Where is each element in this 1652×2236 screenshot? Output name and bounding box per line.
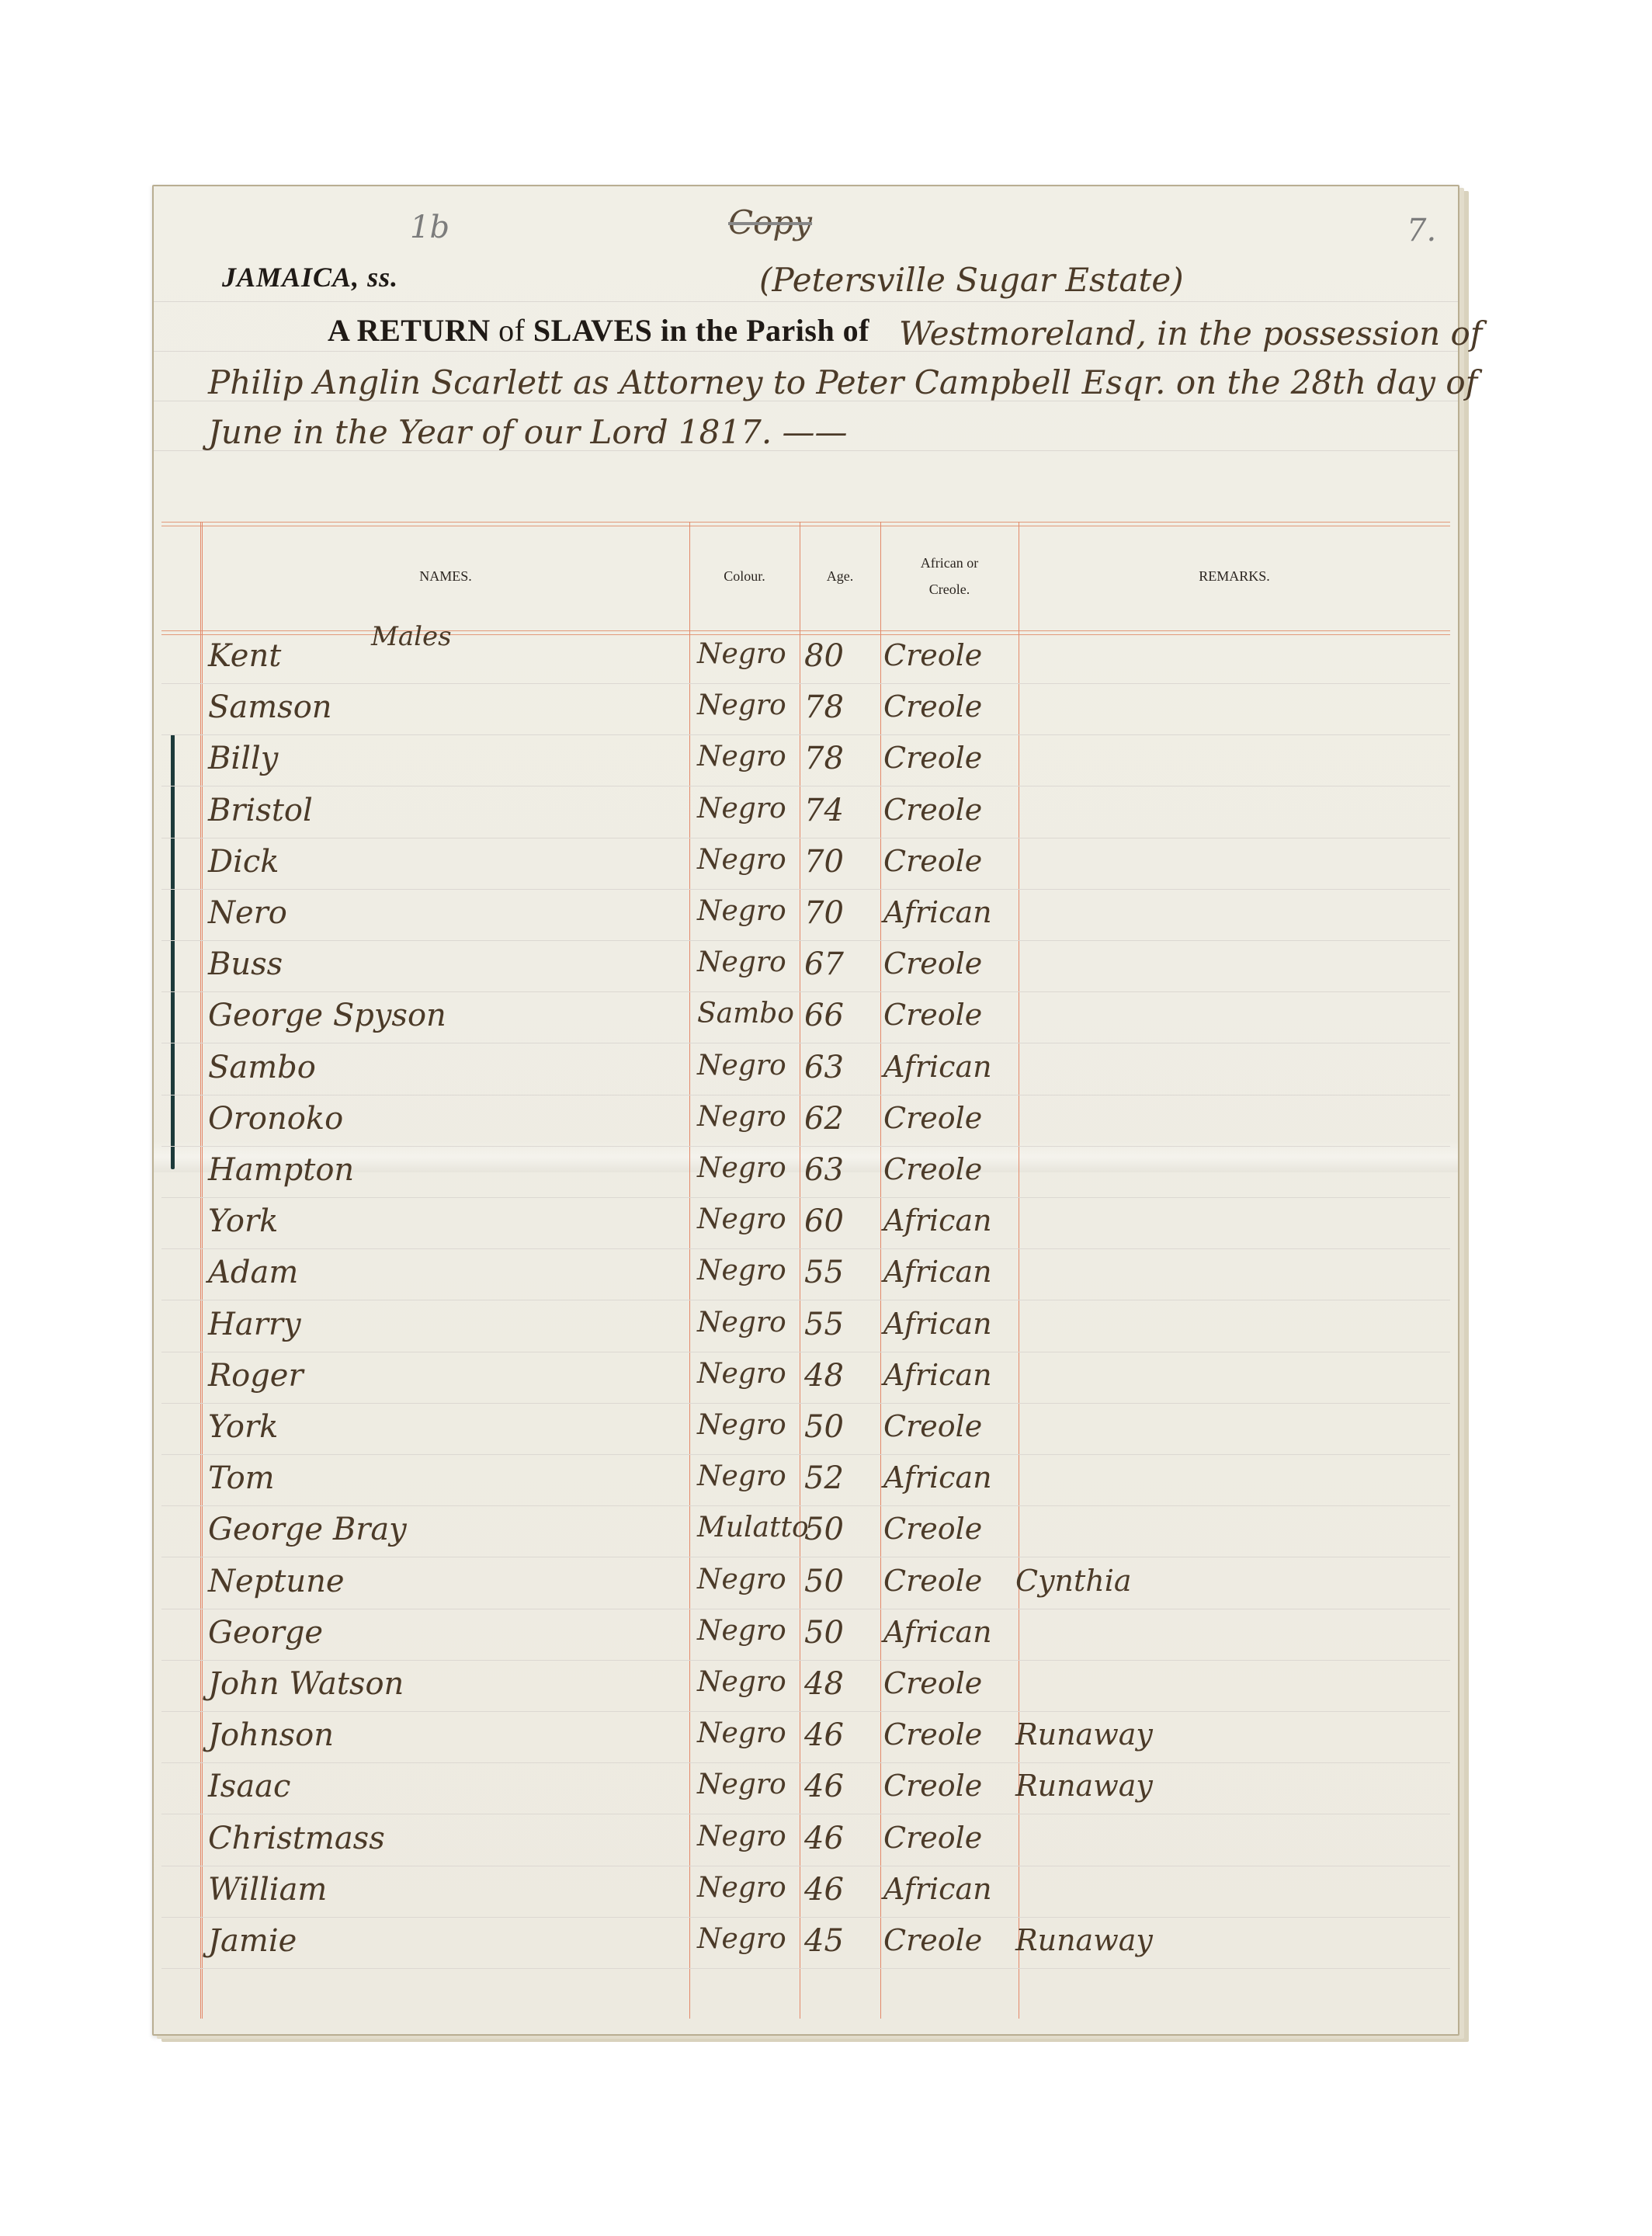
- register-row: Bristol Negro 74 Creole: [161, 793, 1450, 844]
- age-value: 50: [804, 1615, 844, 1651]
- origin-value: African: [883, 895, 992, 929]
- slave-name: Isaac: [208, 1769, 290, 1804]
- ruled-line: [161, 1197, 1450, 1198]
- pencil-folio-mark: 1b: [410, 210, 449, 245]
- ruled-line: [161, 1814, 1450, 1814]
- origin-value: Creole: [883, 1564, 982, 1598]
- register-row: Kent Negro 80 Creole: [161, 638, 1450, 689]
- slave-name: William: [208, 1872, 327, 1908]
- ruled-line: [161, 1043, 1450, 1043]
- ruled-line: [161, 1146, 1450, 1147]
- register-row: Samson Negro 78 Creole: [161, 689, 1450, 741]
- register-row: Dick Negro 70 Creole: [161, 844, 1450, 895]
- slave-name: George Spyson: [208, 998, 446, 1033]
- slave-name: Christmass: [208, 1821, 385, 1856]
- ruled-line: [161, 1866, 1450, 1866]
- colour-value: Negro: [697, 1666, 786, 1698]
- register-row: Oronoko Negro 62 Creole: [161, 1101, 1450, 1152]
- colour-value: Negro: [697, 895, 786, 927]
- slave-name: Nero: [208, 895, 287, 931]
- origin-value: African: [883, 1255, 992, 1289]
- remarks-value: Runaway: [1015, 1717, 1153, 1752]
- ruled-line: [154, 301, 1458, 302]
- register-row: Roger Negro 48 African: [161, 1358, 1450, 1409]
- register-row: Hampton Negro 63 Creole: [161, 1152, 1450, 1203]
- register-row: George Spyson Sambo 66 Creole: [161, 998, 1450, 1049]
- origin-value: African: [883, 1615, 992, 1649]
- origin-value: African: [883, 1460, 992, 1495]
- ruled-line: [161, 1660, 1450, 1661]
- colour-value: Negro: [697, 689, 786, 721]
- origin-value: Creole: [883, 638, 982, 672]
- origin-header-line2: Creole.: [929, 576, 970, 602]
- ruled-line: [161, 1505, 1450, 1506]
- slave-name: Roger: [208, 1358, 304, 1394]
- slave-name: York: [208, 1203, 278, 1239]
- slave-name: George: [208, 1615, 323, 1651]
- register-row: Christmass Negro 46 Creole: [161, 1821, 1450, 1872]
- origin-value: Creole: [883, 844, 982, 878]
- colour-value: Negro: [697, 1050, 786, 1082]
- age-value: 67: [804, 946, 844, 982]
- heading-line-date: June in the Year of our Lord 1817. ——: [208, 413, 848, 451]
- origin-value: Creole: [883, 1769, 982, 1803]
- colour-value: Negro: [697, 1358, 786, 1390]
- ruled-line: [161, 991, 1450, 992]
- slave-name: Hampton: [208, 1152, 354, 1188]
- origin-header-line1: African or: [921, 550, 978, 576]
- origin-value: Creole: [883, 998, 982, 1032]
- parish-handwritten: Westmoreland, in the possession of: [899, 314, 1482, 352]
- register-row: Jamie Negro 45 Creole Runaway: [161, 1923, 1450, 1974]
- colour-value: Negro: [697, 1307, 786, 1338]
- origin-value: Creole: [883, 741, 982, 775]
- origin-value: Creole: [883, 1512, 982, 1546]
- register-row: Adam Negro 55 African: [161, 1255, 1450, 1306]
- register-row: York Negro 50 Creole: [161, 1409, 1450, 1460]
- ruled-line: [161, 838, 1450, 838]
- slave-name: George Bray: [208, 1512, 407, 1547]
- slave-register-table: NAMES. Colour. Age. African or Creole. R…: [161, 522, 1450, 2019]
- slave-name: John Watson: [208, 1666, 404, 1702]
- register-row: Tom Negro 52 African: [161, 1460, 1450, 1512]
- register-row: Isaac Negro 46 Creole Runaway: [161, 1769, 1450, 1820]
- ruled-line: [161, 1609, 1450, 1609]
- colour-value: Negro: [697, 741, 786, 773]
- register-row: Billy Negro 78 Creole: [161, 741, 1450, 792]
- ruled-line: [161, 1917, 1450, 1918]
- register-row: Sambo Negro 63 African: [161, 1050, 1450, 1101]
- ledger-page: 1b 7. Copy JAMAICA, ss. (Petersville Sug…: [152, 185, 1459, 2036]
- register-row: Johnson Negro 46 Creole Runaway: [161, 1717, 1450, 1769]
- origin-value: Creole: [883, 689, 982, 724]
- colour-value: Negro: [697, 638, 786, 670]
- origin-value: Creole: [883, 1821, 982, 1855]
- colour-value: Mulatto: [697, 1512, 809, 1543]
- origin-value: African: [883, 1203, 992, 1238]
- age-value: 66: [804, 998, 844, 1033]
- pencil-page-number: 7.: [1407, 213, 1436, 248]
- colour-value: Negro: [697, 1923, 786, 1955]
- register-row: George Bray Mulatto 50 Creole: [161, 1512, 1450, 1563]
- origin-value: Creole: [883, 1923, 982, 1957]
- age-value: 50: [804, 1512, 844, 1547]
- colour-value: Negro: [697, 1769, 786, 1800]
- age-value: 78: [804, 689, 844, 725]
- ruled-line: [161, 786, 1450, 786]
- ruled-line: [161, 1095, 1450, 1095]
- slave-name: Dick: [208, 844, 279, 880]
- slave-name: Adam: [208, 1255, 298, 1290]
- origin-value: Creole: [883, 1152, 982, 1186]
- slave-name: Buss: [208, 946, 283, 982]
- origin-value: Creole: [883, 1717, 982, 1752]
- colour-value: Negro: [697, 1409, 786, 1441]
- origin-value: Creole: [883, 793, 982, 827]
- colour-value: Negro: [697, 1203, 786, 1235]
- slave-name: Sambo: [208, 1050, 316, 1085]
- colour-value: Negro: [697, 1717, 786, 1749]
- age-value: 78: [804, 741, 844, 776]
- ruled-line: [161, 1403, 1450, 1404]
- title-parish: in the Parish of: [661, 313, 869, 348]
- colour-value: Negro: [697, 844, 786, 876]
- colour-value: Negro: [697, 1460, 786, 1492]
- slave-name: Billy: [208, 741, 278, 776]
- register-row: Neptune Negro 50 Creole Cynthia: [161, 1564, 1450, 1615]
- colour-value: Sambo: [697, 998, 794, 1029]
- age-value: 70: [804, 844, 844, 880]
- age-value: 45: [804, 1923, 844, 1959]
- origin-value: African: [883, 1050, 992, 1084]
- estate-name: (Petersville Sugar Estate): [759, 261, 1184, 299]
- origin-value: Creole: [883, 1666, 982, 1700]
- colour-value: Negro: [697, 1821, 786, 1852]
- ruled-line: [161, 734, 1450, 735]
- age-value: 46: [804, 1821, 844, 1856]
- column-header-origin: African or Creole.: [880, 526, 1019, 626]
- ruled-line: [161, 1557, 1450, 1557]
- jurisdiction-heading: JAMAICA, ss.: [222, 261, 398, 293]
- age-value: 48: [804, 1666, 844, 1702]
- ruled-line: [161, 1300, 1450, 1300]
- title-slaves: SLAVES: [533, 313, 652, 348]
- colour-value: Negro: [697, 1101, 786, 1133]
- return-title: A RETURN of SLAVES in the Parish of: [328, 312, 869, 349]
- slave-name: Johnson: [208, 1717, 334, 1753]
- age-value: 50: [804, 1409, 844, 1445]
- origin-value: Creole: [883, 1101, 982, 1135]
- age-value: 62: [804, 1101, 844, 1137]
- title-of: of: [498, 313, 525, 348]
- slave-name: Jamie: [208, 1923, 297, 1959]
- ruled-line: [161, 1454, 1450, 1455]
- slave-name: Samson: [208, 689, 332, 725]
- heading-line-attorney: Philip Anglin Scarlett as Attorney to Pe…: [208, 363, 1477, 401]
- origin-value: Creole: [883, 1409, 982, 1443]
- column-header-names: NAMES.: [202, 526, 689, 626]
- column-header-colour: Colour.: [689, 526, 800, 626]
- age-value: 63: [804, 1152, 844, 1188]
- copy-annotation: Copy: [728, 203, 812, 241]
- colour-value: Negro: [697, 1872, 786, 1904]
- origin-value: Creole: [883, 946, 982, 981]
- ruled-line: [161, 1762, 1450, 1763]
- slave-name: York: [208, 1409, 278, 1445]
- colour-value: Negro: [697, 1615, 786, 1647]
- origin-value: African: [883, 1872, 992, 1906]
- slave-name: Kent: [208, 638, 281, 674]
- ruled-line: [161, 940, 1450, 941]
- slave-name: Harry: [208, 1307, 301, 1342]
- header-bottom-rule: [161, 630, 1450, 635]
- register-row: George Negro 50 African: [161, 1615, 1450, 1666]
- age-value: 52: [804, 1460, 844, 1496]
- age-value: 63: [804, 1050, 844, 1085]
- ruled-line: [161, 1968, 1450, 1969]
- age-value: 60: [804, 1203, 844, 1239]
- register-row: John Watson Negro 48 Creole: [161, 1666, 1450, 1717]
- age-value: 70: [804, 895, 844, 931]
- column-header-age: Age.: [800, 526, 880, 626]
- title-return: A RETURN: [328, 313, 491, 348]
- slave-name: Oronoko: [208, 1101, 343, 1137]
- age-value: 74: [804, 793, 844, 828]
- register-row: Nero Negro 70 African: [161, 895, 1450, 946]
- register-row: William Negro 46 African: [161, 1872, 1450, 1923]
- colour-value: Negro: [697, 1564, 786, 1595]
- age-value: 46: [804, 1872, 844, 1908]
- remarks-value: Runaway: [1015, 1769, 1153, 1803]
- slave-name: Neptune: [208, 1564, 345, 1599]
- register-row: York Negro 60 African: [161, 1203, 1450, 1255]
- ruled-line: [161, 1352, 1450, 1352]
- remarks-value: Cynthia: [1015, 1564, 1132, 1598]
- register-row: Buss Negro 67 Creole: [161, 946, 1450, 998]
- colour-value: Negro: [697, 1255, 786, 1286]
- register-row: Harry Negro 55 African: [161, 1307, 1450, 1358]
- colour-value: Negro: [697, 946, 786, 978]
- age-value: 46: [804, 1769, 844, 1804]
- column-header-remarks: REMARKS.: [1019, 526, 1450, 626]
- age-value: 55: [804, 1255, 844, 1290]
- age-value: 50: [804, 1564, 844, 1599]
- ruled-line: [161, 1248, 1450, 1249]
- age-value: 55: [804, 1307, 844, 1342]
- ruled-line: [161, 683, 1450, 684]
- slave-name: Bristol: [208, 793, 313, 828]
- origin-value: African: [883, 1358, 992, 1392]
- colour-value: Negro: [697, 1152, 786, 1184]
- colour-value: Negro: [697, 793, 786, 825]
- ruled-line: [161, 889, 1450, 890]
- slave-name: Tom: [208, 1460, 275, 1496]
- remarks-value: Runaway: [1015, 1923, 1153, 1957]
- origin-value: African: [883, 1307, 992, 1341]
- age-value: 46: [804, 1717, 844, 1753]
- age-value: 48: [804, 1358, 844, 1394]
- age-value: 80: [804, 638, 844, 674]
- ruled-line: [161, 1711, 1450, 1712]
